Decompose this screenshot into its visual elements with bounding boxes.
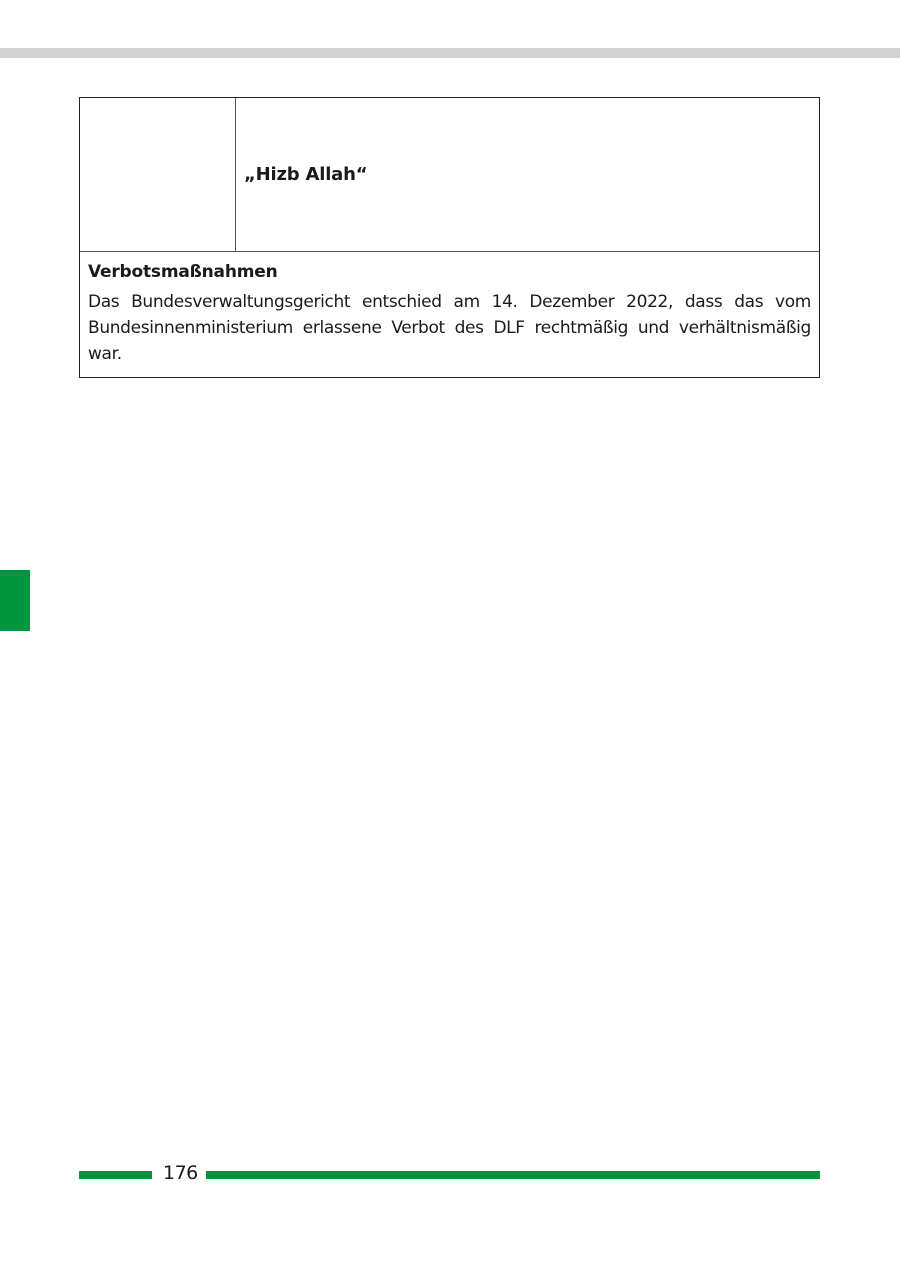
table-cell-emblem xyxy=(80,98,236,251)
table-row-measures: Verbotsmaßnahmen Das Bundesverwaltungsge… xyxy=(80,252,819,367)
header-rule xyxy=(0,48,900,58)
footer-rule-left xyxy=(79,1171,152,1179)
info-table: „Hizb Allah“ Verbotsmaßnahmen Das Bundes… xyxy=(79,97,820,378)
section-text: Das Bundesverwaltungsgericht entschied a… xyxy=(88,289,811,367)
organization-name: „Hizb Allah“ xyxy=(244,164,367,185)
page-number: 176 xyxy=(163,1161,198,1185)
table-row-organization: „Hizb Allah“ xyxy=(80,98,819,252)
table-cell-organization: „Hizb Allah“ xyxy=(236,98,819,251)
chapter-marker-tab xyxy=(0,570,30,631)
footer-rule-right xyxy=(206,1171,820,1179)
section-heading: Verbotsmaßnahmen xyxy=(88,261,811,283)
